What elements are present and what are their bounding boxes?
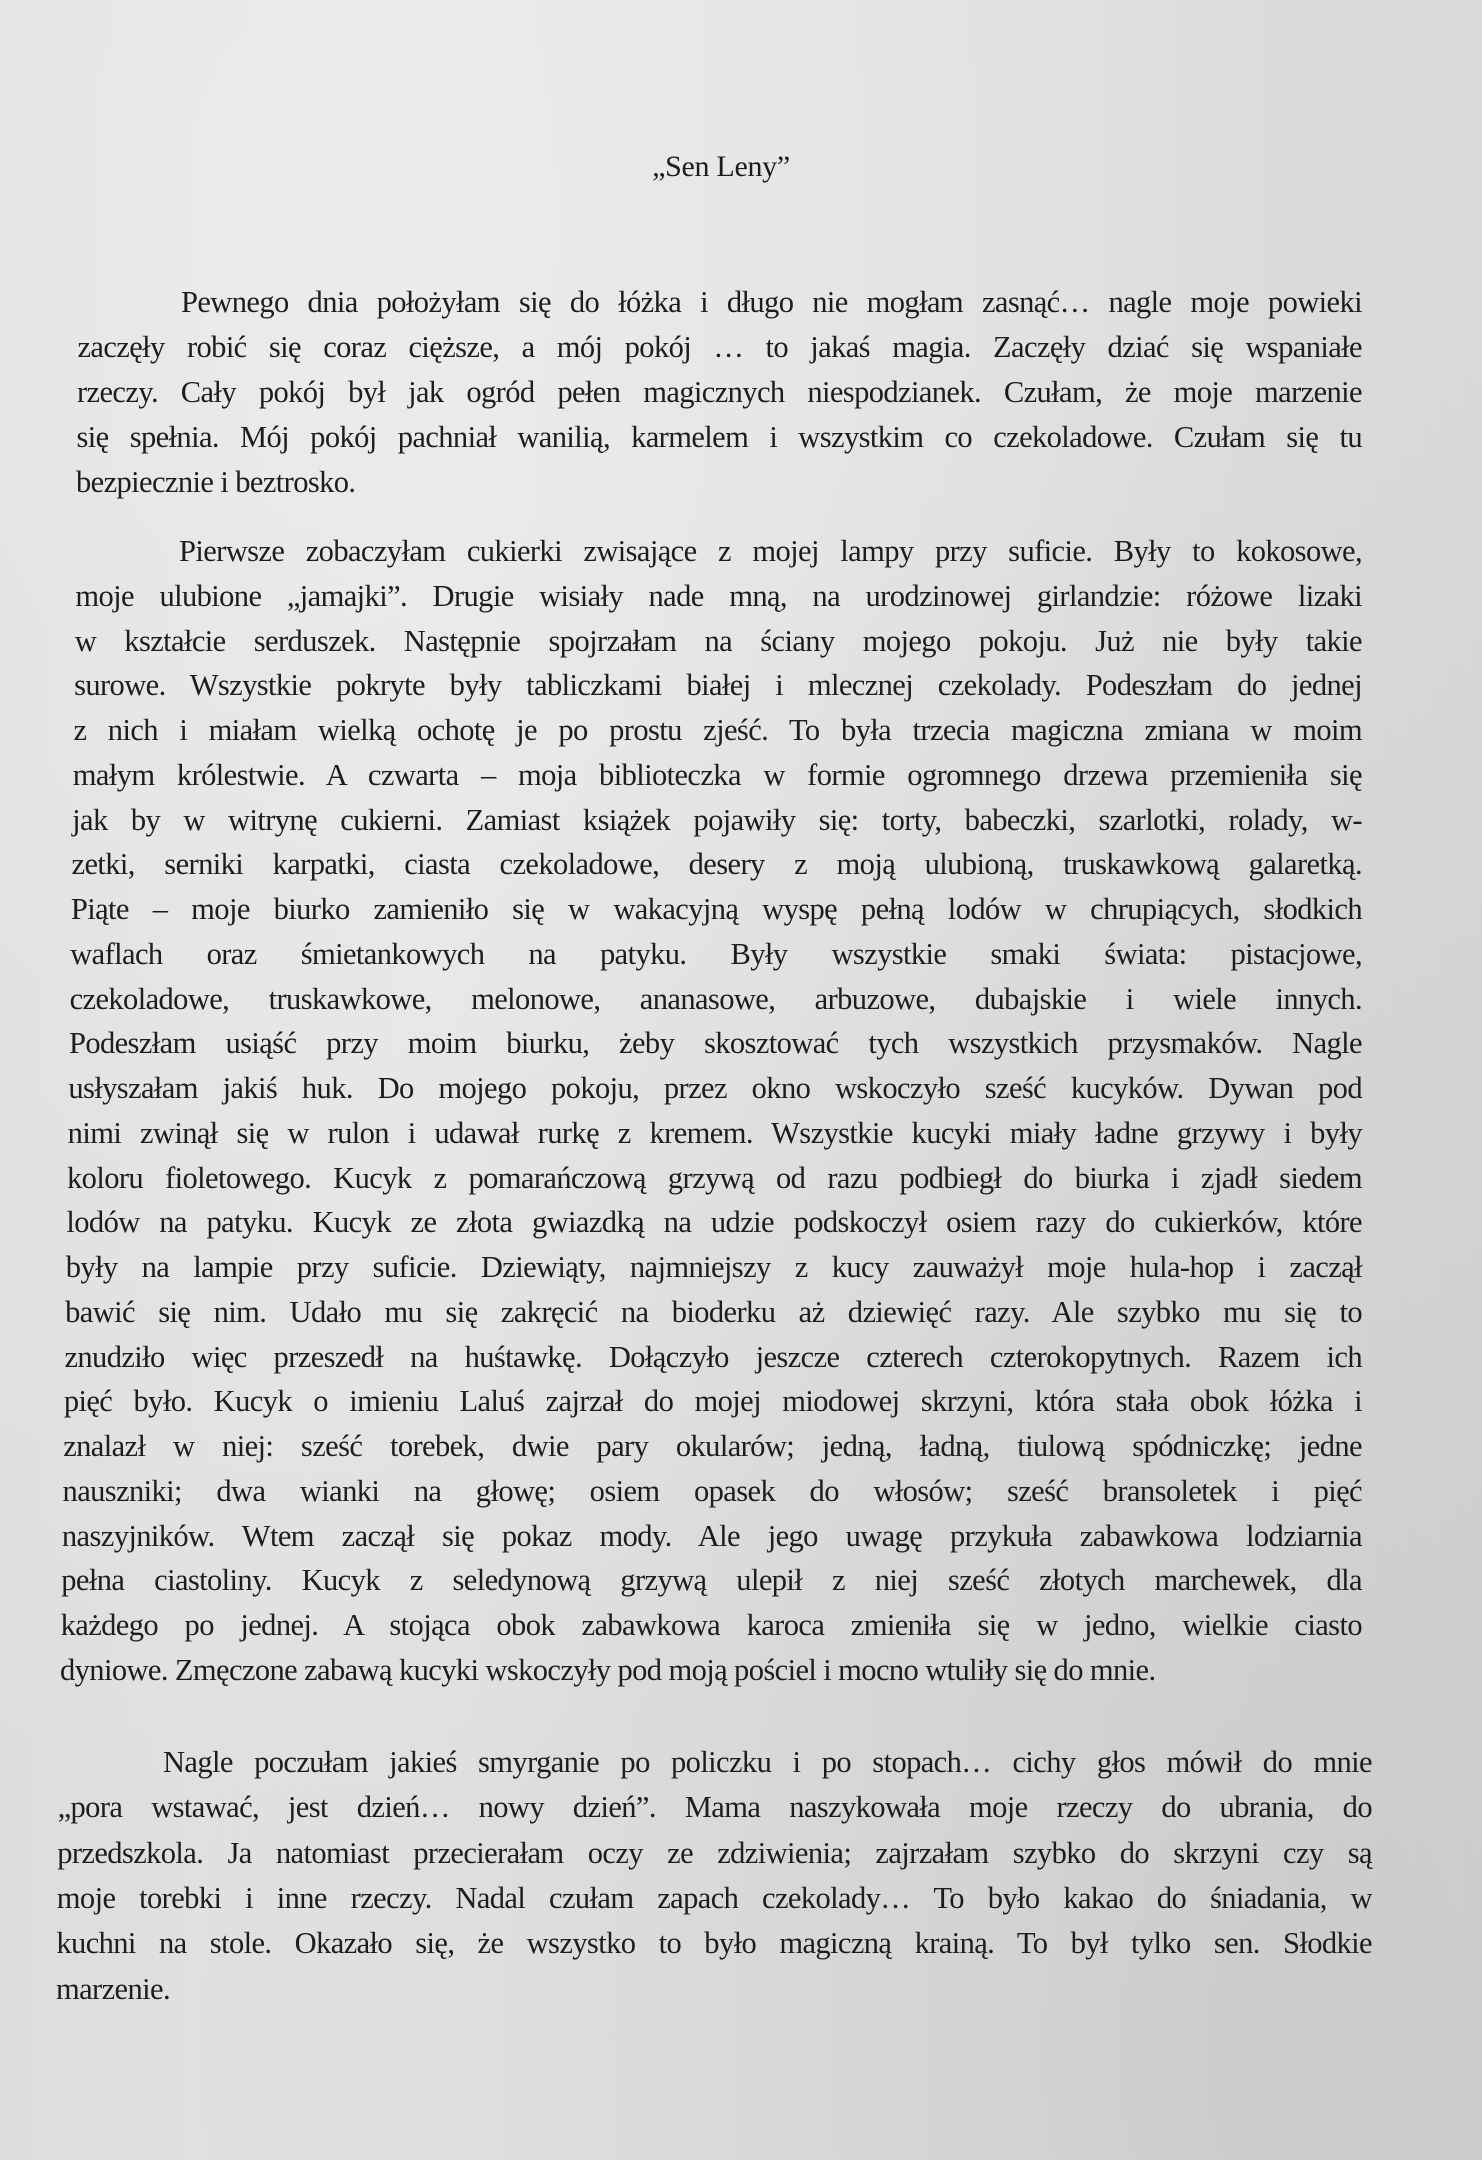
- paragraph-3-line: moje torebki i inne rzeczy. Nadal czułam…: [57, 1881, 1372, 1915]
- paragraph-2-line: Podeszłam usiąść przy moim biurku, żeby …: [69, 1026, 1362, 1060]
- paragraph-1-line: Pewnego dnia położyłam się do łóżka i dł…: [181, 285, 1362, 319]
- paragraph-2-line: były na lampie przy suficie. Dziewiąty, …: [66, 1250, 1362, 1284]
- paragraph-2-line: zetki, serniki karpatki, ciasta czekolad…: [72, 847, 1362, 881]
- paragraph-2-line: z nich i miałam wielką ochotę je po pros…: [73, 713, 1362, 747]
- paragraph-2-line: znalazł w niej: sześć torebek, dwie pary…: [63, 1429, 1362, 1463]
- paragraph-2-line: waflach oraz śmietankowych na patyku. By…: [70, 937, 1362, 971]
- paragraph-2-line: naszyjników. Wtem zaczął się pokaz mody.…: [62, 1519, 1362, 1553]
- paragraph-2-line: moje ulubione „jamajki”. Drugie wisiały …: [75, 579, 1362, 613]
- paragraph-2-line: koloru fioletowego. Kucyk z pomarańczową…: [67, 1161, 1362, 1195]
- paragraph-2-line: pełna ciastoliny. Kucyk z seledynową grz…: [61, 1563, 1362, 1597]
- paragraph-3-line: kuchni na stole. Okazało się, że wszystk…: [56, 1926, 1372, 1960]
- paragraph-1-line: bezpiecznie i beztrosko.: [76, 465, 355, 499]
- paragraph-2-line: znudziło więc przeszedł na huśtawkę. Doł…: [64, 1340, 1362, 1374]
- paragraph-2-line: małym królestwie. A czwarta – moja bibli…: [73, 758, 1362, 792]
- document-title: „Sen Leny”: [0, 150, 1462, 184]
- paragraph-2-line: w kształcie serduszek. Następnie spojrza…: [75, 624, 1362, 658]
- paragraph-3-line: Nagle poczułam jakieś smyrganie po polic…: [163, 1745, 1372, 1779]
- paragraph-1-line: się spełnia. Mój pokój pachniał wanilią,…: [77, 420, 1363, 454]
- paragraph-2-line: czekoladowe, truskawkowe, melonowe, anan…: [70, 982, 1362, 1016]
- paragraph-2-line: surowe. Wszystkie pokryte były tabliczka…: [74, 668, 1362, 702]
- paragraph-2-line: Piąte – moje biurko zamieniło się w waka…: [71, 892, 1362, 926]
- paragraph-2-line: pięć było. Kucyk o imieniu Laluś zajrzał…: [64, 1384, 1362, 1418]
- paragraph-2-line: nauszniki; dwa wianki na głowę; osiem op…: [63, 1474, 1362, 1508]
- paragraph-2-line: każdego po jednej. A stojąca obok zabawk…: [61, 1608, 1362, 1642]
- paragraph-2-line: dyniowe. Zmęczone zabawą kucyki wskoczył…: [60, 1653, 1156, 1687]
- paragraph-3-line: marzenie.: [56, 1972, 170, 2006]
- paragraph-2-line: nimi zwinął się w rulon i udawał rurkę z…: [68, 1116, 1362, 1150]
- paragraph-2-line: usłyszałam jakiś huk. Do mojego pokoju, …: [68, 1071, 1362, 1105]
- paragraph-2-line: jak by w witrynę cukierni. Zamiast książ…: [72, 803, 1362, 837]
- paragraph-2-line: Pierwsze zobaczyłam cukierki zwisające z…: [179, 534, 1362, 568]
- paragraph-2-line: lodów na patyku. Kucyk ze złota gwiazdką…: [66, 1205, 1362, 1239]
- paragraph-3-line: przedszkola. Ja natomiast przecierałam o…: [57, 1836, 1372, 1870]
- paragraph-2-line: bawić się nim. Udało mu się zakręcić na …: [65, 1295, 1362, 1329]
- paragraph-1-line: zaczęły robić się coraz cięższe, a mój p…: [78, 330, 1363, 364]
- paragraph-3-line: „pora wstawać, jest dzień… nowy dzień”. …: [58, 1790, 1372, 1824]
- paragraph-1-line: rzeczy. Cały pokój był jak ogród pełen m…: [77, 375, 1362, 409]
